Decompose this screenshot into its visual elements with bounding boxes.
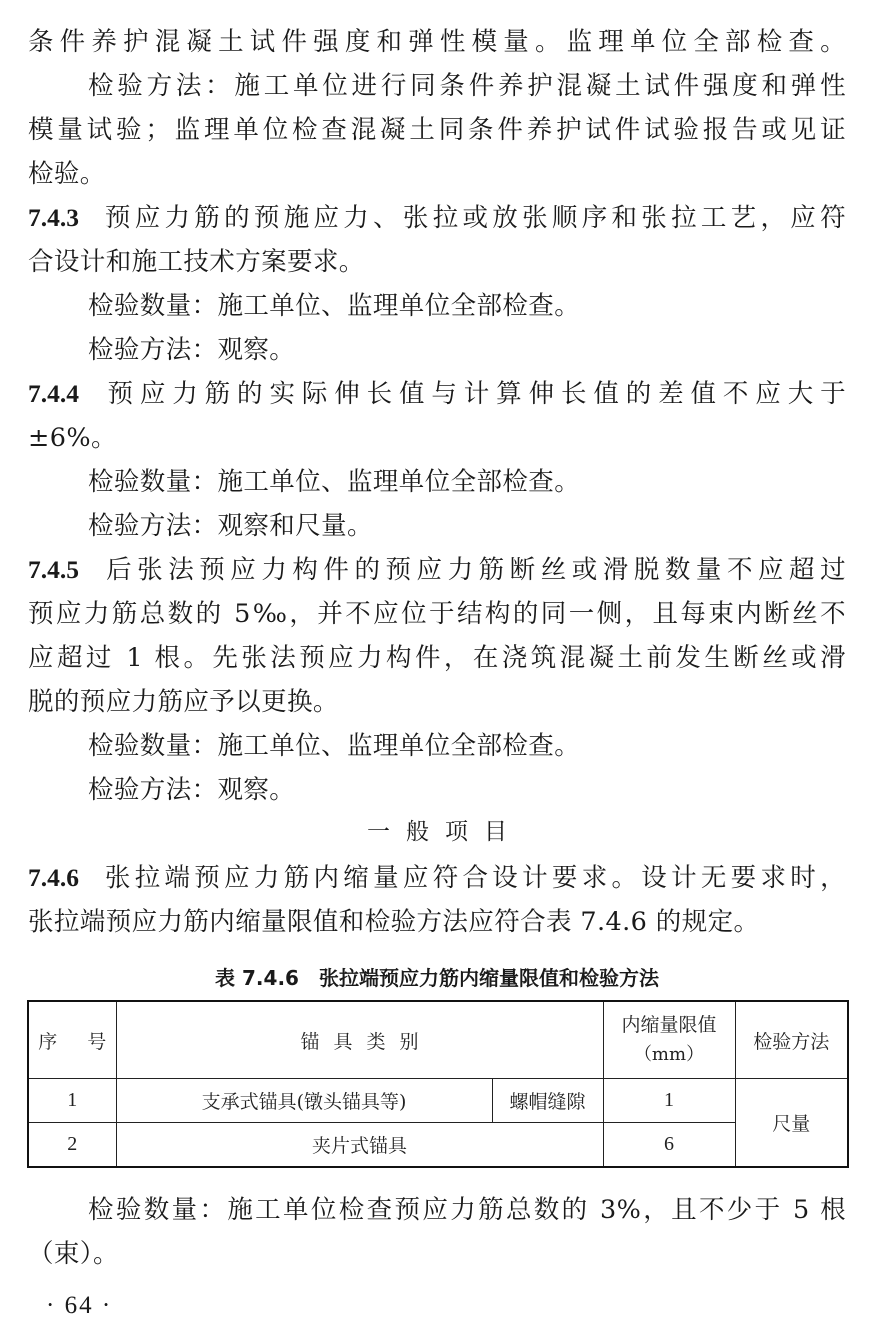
clause-text: 预应力筋的预施应力、张拉或放张顺序和张拉工艺，应符 [101,203,846,233]
table-row: 1 支承式锚具(镦头锚具等) 螺帽缝隙 1 尺量 [28,1079,848,1123]
cell-method: 尺量 [735,1079,848,1168]
clause-text-continued: 合设计和施工技术方案要求。 [28,240,846,284]
clause-text: 张拉端预应力筋内缩量应符合设计要求。设计无要求时， [101,863,846,893]
clause-number: 7.4.3 [28,203,79,232]
clause-7-4-5: 7.4.5后张法预应力构件的预应力筋断丝或滑脱数量不应超过 [28,548,846,592]
header-serial: 序号 [28,1001,116,1079]
cell-serial: 2 [28,1123,116,1168]
clause-text-continued: 张拉端预应力筋内缩量限值和检验方法应符合表 7.4.6 的规定。 [28,900,846,944]
page-number: · 64 · [46,1286,112,1326]
inspection-quantity-text: 检验数量：施工单位、监理单位全部检查。 [88,460,846,504]
clause-text-continued: 预应力筋总数的 5‰，并不应位于结构的同一侧，且每束内断丝不 [28,592,846,636]
cell-sub-type: 螺帽缝隙 [492,1079,603,1123]
clause-number: 7.4.6 [28,863,79,892]
clause-7-4-4: 7.4.4预应力筋的实际伸长值与计算伸长值的差值不应大于 [28,372,846,416]
clause-text: 预应力筋的实际伸长值与计算伸长值的差值不应大于 [101,379,846,409]
clause-7-4-3: 7.4.3预应力筋的预施应力、张拉或放张顺序和张拉工艺，应符 [28,196,846,240]
clause-text-continued: 应超过 1 根。先张法预应力构件，在浇筑混凝土前发生断丝或滑 [28,636,846,680]
cell-serial: 1 [28,1079,116,1123]
header-limit-unit: （mm） [604,1040,735,1070]
anchor-retraction-table: 序号 锚具类别 内缩量限值 （mm） 检验方法 1 支承式锚具(镦头锚具等) 螺… [27,1000,849,1168]
header-serial-char: 号 [87,1031,106,1053]
header-serial-char: 序 [38,1031,57,1053]
header-limit-label: 内缩量限值 [604,1010,735,1040]
clause-number: 7.4.5 [28,555,79,584]
body-text-line: 条件养护混凝土试件强度和弹性模量。监理单位全部检查。 [28,20,846,64]
clause-text-continued: ±6%。 [28,416,846,460]
cell-limit: 6 [603,1123,735,1168]
cell-limit: 1 [603,1079,735,1123]
inspection-method-text: 检验方法：观察。 [88,768,846,812]
cell-anchor-type: 支承式锚具(镦头锚具等) [116,1079,492,1123]
table-row: 2 夹片式锚具 6 [28,1123,848,1168]
table-caption: 表 7.4.6张拉端预应力筋内缩量限值和检验方法 [0,960,874,996]
inspection-method-text: 检验方法：施工单位进行同条件养护混凝土试件强度和弹性 [88,64,846,108]
clause-number: 7.4.4 [28,379,79,408]
body-text-line: 检验。 [28,152,846,196]
header-method: 检验方法 [735,1001,848,1079]
inspection-method-text: 检验方法：观察。 [88,328,846,372]
header-anchor-type: 锚具类别 [116,1001,603,1079]
cell-anchor-type: 夹片式锚具 [116,1123,603,1168]
clause-text: 后张法预应力构件的预应力筋断丝或滑脱数量不应超过 [101,555,846,585]
table-number: 表 7.4.6 [215,966,299,990]
inspection-method-text: 检验方法：观察和尺量。 [88,504,846,548]
inspection-quantity-text: 检验数量：施工单位、监理单位全部检查。 [88,724,846,768]
body-text-line: 模量试验；监理单位检查混凝土同条件养护试件试验报告或见证 [28,108,846,152]
inspection-quantity-text: 检验数量：施工单位检查预应力筋总数的 3%，且不少于 5 根 [88,1188,846,1232]
header-anchor-type-label: 锚具类别 [287,1031,433,1053]
clause-text-continued: 脱的预应力筋应予以更换。 [28,680,846,724]
table-header-row: 序号 锚具类别 内缩量限值 （mm） 检验方法 [28,1001,848,1079]
table-title: 张拉端预应力筋内缩量限值和检验方法 [319,966,659,990]
inspection-quantity-continued: （束）。 [28,1232,846,1276]
general-items-heading: 一般项目 [0,812,874,852]
inspection-quantity-text: 检验数量：施工单位、监理单位全部检查。 [88,284,846,328]
clause-7-4-6: 7.4.6张拉端预应力筋内缩量应符合设计要求。设计无要求时， [28,856,846,900]
header-limit: 内缩量限值 （mm） [603,1001,735,1079]
